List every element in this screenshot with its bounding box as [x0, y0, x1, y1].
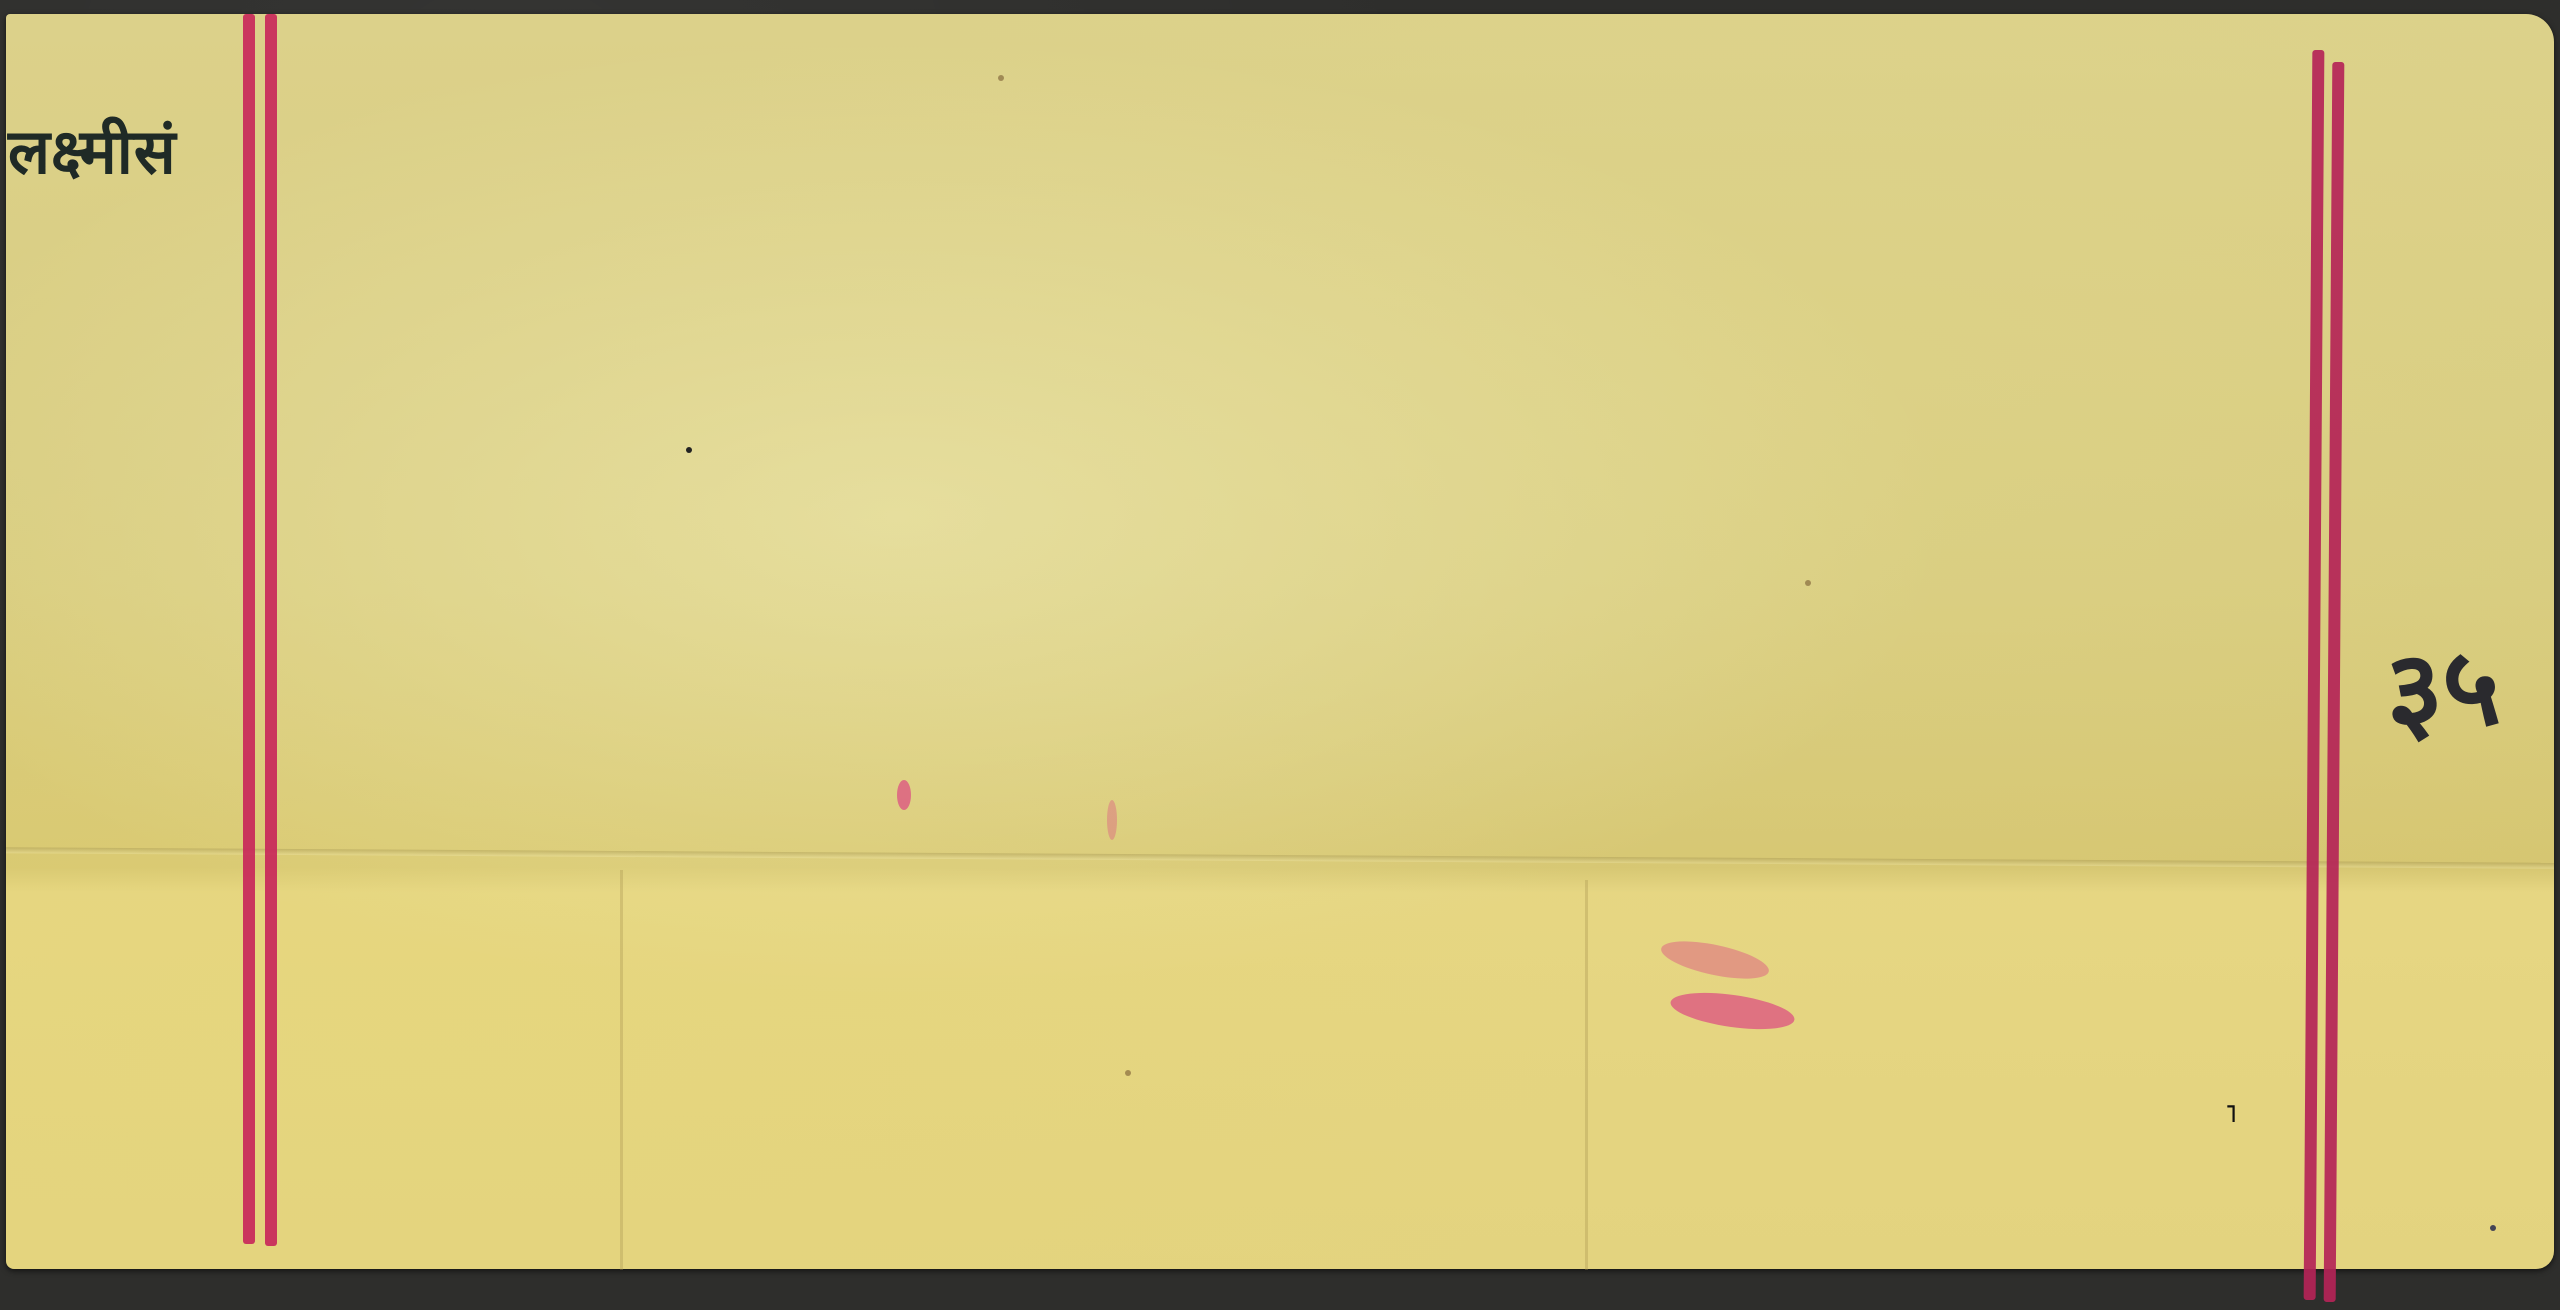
- ink-speck: [1805, 580, 1811, 586]
- pink-stain: [1107, 800, 1117, 840]
- ink-speck: [1125, 1070, 1131, 1076]
- ink-speck: [998, 75, 1004, 81]
- vertical-crease: [1585, 880, 1588, 1270]
- vertical-crease: [620, 870, 623, 1270]
- pink-stain: [897, 780, 911, 810]
- left-margin-rule: [243, 14, 255, 1244]
- manuscript-title-label: लक्ष्मीसं: [8, 108, 177, 192]
- ink-speck: [686, 447, 692, 453]
- manuscript-leaf: [6, 14, 2554, 1269]
- left-margin-rule: [265, 14, 277, 1246]
- ink-speck: [2490, 1225, 2496, 1231]
- folio-number: ३५: [2380, 606, 2505, 764]
- worm-hole: ˥: [2225, 1100, 2237, 1128]
